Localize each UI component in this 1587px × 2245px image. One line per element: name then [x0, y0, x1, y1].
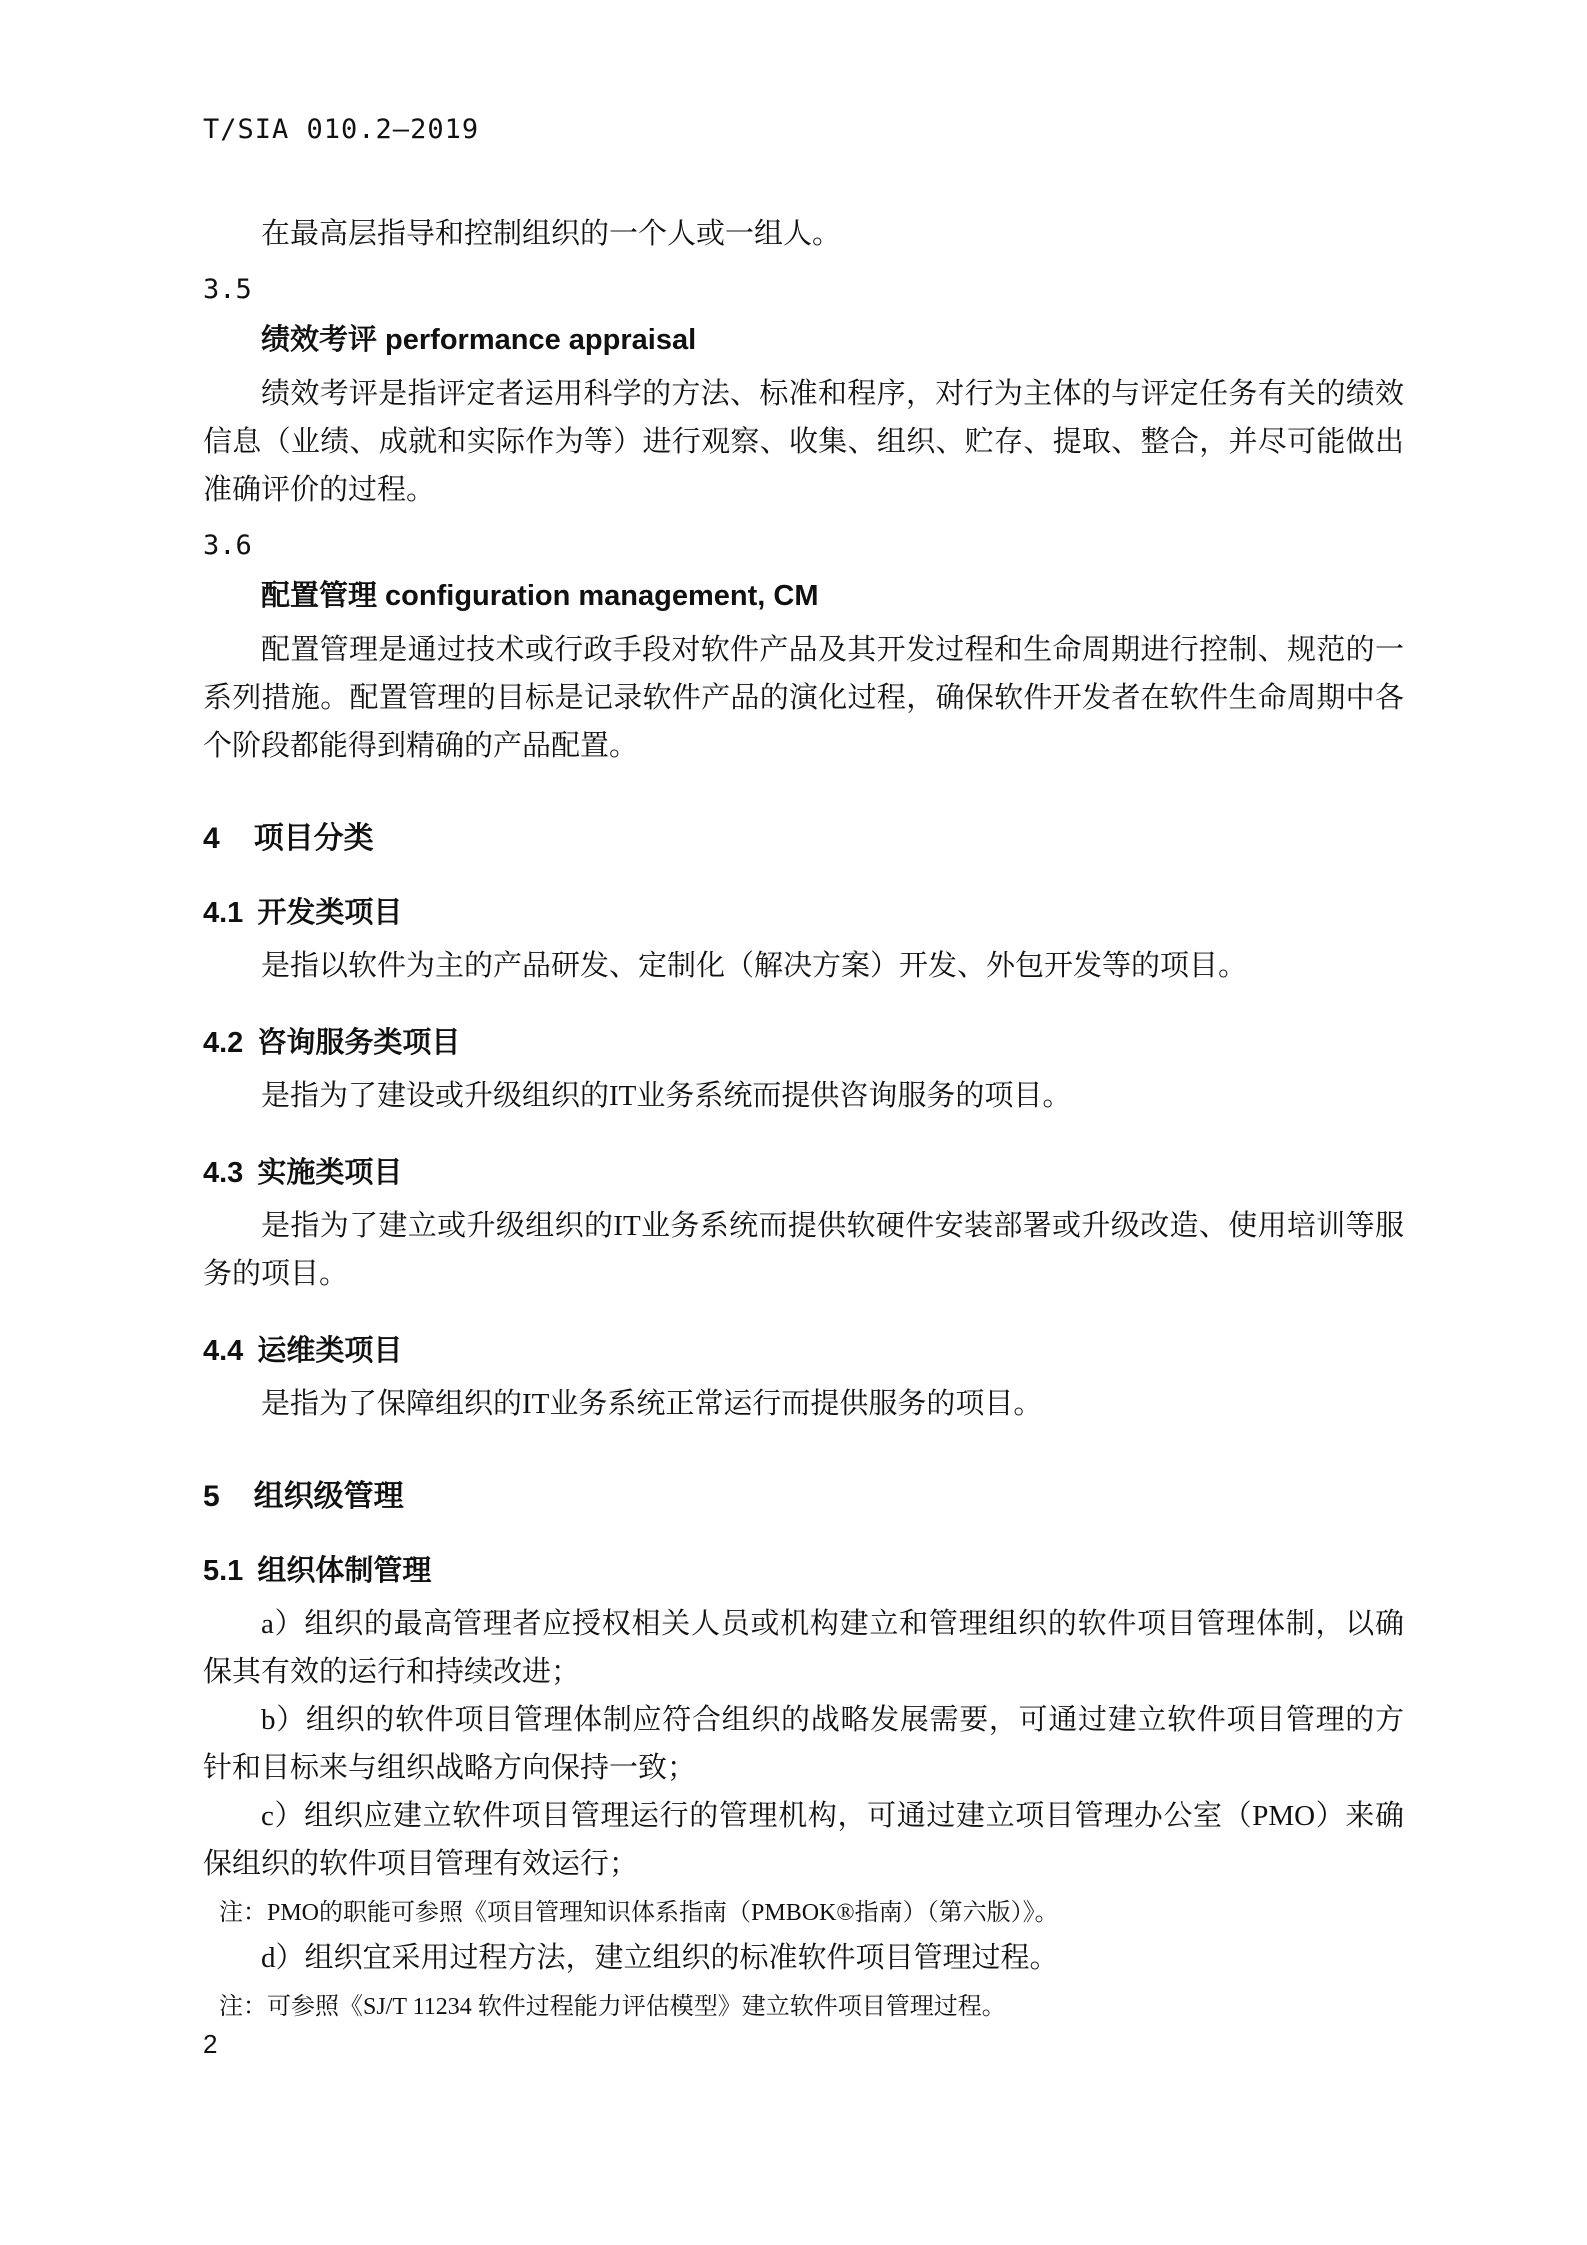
section-5-1: 5.1组织体制管理 a）组织的最高管理者应授权相关人员或机构建立和管理组织的软件… — [203, 1550, 1404, 2028]
section-title: 实施类项目 — [257, 1157, 402, 1189]
term-heading: 绩效考评 performance appraisal — [203, 318, 1404, 362]
section-number: 5.1 — [203, 1555, 243, 1587]
section-4-3-heading: 4.3实施类项目 — [203, 1152, 1404, 1194]
section-4-2: 4.2咨询服务类项目 是指为了建设或升级组织的IT业务系统而提供咨询服务的项目。 — [203, 1022, 1404, 1120]
section-4-4: 4.4运维类项目 是指为了保障组织的IT业务系统正常运行而提供服务的项目。 — [203, 1330, 1404, 1428]
section-4-1: 4.1开发类项目 是指以软件为主的产品研发、定制化（解决方案）开发、外包开发等的… — [203, 892, 1404, 990]
chapter-number: 4 — [203, 822, 220, 855]
section-4-2-heading: 4.2咨询服务类项目 — [203, 1022, 1404, 1064]
section-number: 4.3 — [203, 1157, 243, 1189]
section-title: 运维类项目 — [257, 1335, 402, 1367]
clause-number: 3.5 — [203, 270, 1404, 310]
chapter-5-heading: 5组织级管理 — [203, 1476, 1404, 1518]
term-definition: 配置管理是通过技术或行政手段对软件产品及其开发过程和生命周期进行控制、规范的一系… — [203, 626, 1404, 770]
chapter-4-heading: 4项目分类 — [203, 818, 1404, 860]
section-title: 组织体制管理 — [257, 1555, 431, 1587]
section-5-1-heading: 5.1组织体制管理 — [203, 1550, 1404, 1592]
section-4-1-heading: 4.1开发类项目 — [203, 892, 1404, 934]
note-pmo: 注：PMO的职能可参照《项目管理知识体系指南（PMBOK®指南）（第六版）》。 — [203, 1892, 1404, 1934]
section-number: 4.2 — [203, 1027, 243, 1059]
chapter-title: 项目分类 — [254, 822, 374, 855]
section-4-3: 4.3实施类项目 是指为了建立或升级组织的IT业务系统而提供软硬件安装部署或升级… — [203, 1152, 1404, 1298]
chapter-title: 组织级管理 — [254, 1480, 404, 1513]
term-heading: 配置管理 configuration management, CM — [203, 574, 1404, 618]
section-number: 4.4 — [203, 1335, 243, 1367]
page-number: 2 — [203, 2029, 217, 2060]
clause-3-5: 3.5 绩效考评 performance appraisal 绩效考评是指评定者… — [203, 270, 1404, 514]
section-title: 开发类项目 — [257, 897, 402, 929]
clause-3-6: 3.6 配置管理 configuration management, CM 配置… — [203, 526, 1404, 770]
section-paragraph: 是指以软件为主的产品研发、定制化（解决方案）开发、外包开发等的项目。 — [203, 942, 1404, 990]
section-number: 4.1 — [203, 897, 243, 929]
list-item-a: a）组织的最高管理者应授权相关人员或机构建立和管理组织的软件项目管理体制，以确保… — [203, 1600, 1404, 1696]
intro-paragraph: 在最高层指导和控制组织的一个人或一组人。 — [203, 210, 1404, 258]
list-item-d: d）组织宜采用过程方法，建立组织的标准软件项目管理过程。 — [203, 1934, 1404, 1982]
note-sjt: 注：可参照《SJ/T 11234 软件过程能力评估模型》建立软件项目管理过程。 — [203, 1986, 1404, 2028]
term-definition: 绩效考评是指评定者运用科学的方法、标准和程序，对行为主体的与评定任务有关的绩效信… — [203, 370, 1404, 514]
clause-number: 3.6 — [203, 526, 1404, 566]
section-paragraph: 是指为了建立或升级组织的IT业务系统而提供软硬件安装部署或升级改造、使用培训等服… — [203, 1202, 1404, 1298]
section-4-4-heading: 4.4运维类项目 — [203, 1330, 1404, 1372]
section-paragraph: 是指为了保障组织的IT业务系统正常运行而提供服务的项目。 — [203, 1380, 1404, 1428]
list-item-b: b）组织的软件项目管理体制应符合组织的战略发展需要，可通过建立软件项目管理的方针… — [203, 1696, 1404, 1792]
section-title: 咨询服务类项目 — [257, 1027, 460, 1059]
document-page: T/SIA 010.2—2019 在最高层指导和控制组织的一个人或一组人。 3.… — [0, 0, 1587, 2245]
document-code: T/SIA 010.2—2019 — [203, 112, 1404, 148]
chapter-number: 5 — [203, 1480, 220, 1513]
list-item-c: c）组织应建立软件项目管理运行的管理机构，可通过建立项目管理办公室（PMO）来确… — [203, 1792, 1404, 1888]
section-paragraph: 是指为了建设或升级组织的IT业务系统而提供咨询服务的项目。 — [203, 1072, 1404, 1120]
